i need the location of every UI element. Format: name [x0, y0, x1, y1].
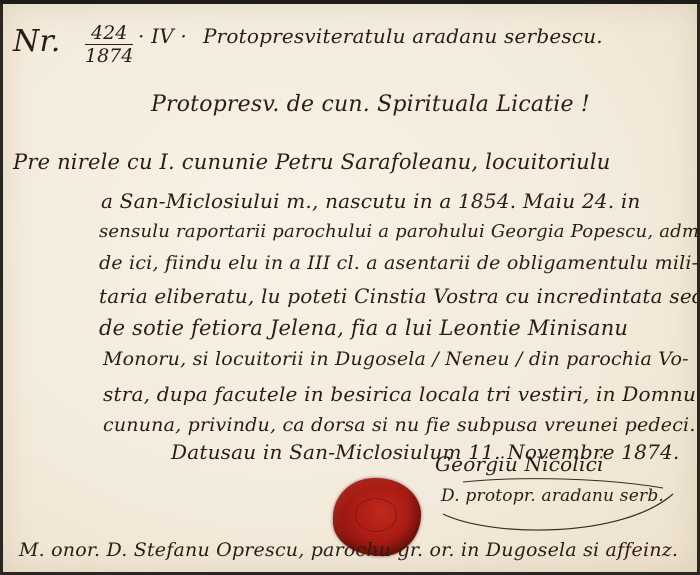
document-page: Nr. 424 1874 · IV · Protopresviteratulu …: [3, 4, 697, 572]
reference-number: 424: [85, 22, 133, 45]
reference-prefix: Nr.: [13, 24, 60, 59]
body-line: stra, dupa facutele in besirica locala t…: [103, 382, 696, 406]
reference-fraction: 424 1874: [85, 22, 133, 67]
signature-name: Georgiu Nicolici: [435, 452, 604, 476]
body-line: Monoru, si locuitorii in Dugosela / Nene…: [103, 348, 689, 370]
body-line: de ici, fiindu elu in a III cl. a asenta…: [99, 252, 697, 274]
seal-emblem-icon: [355, 498, 397, 532]
body-line: taria eliberatu, lu poteti Cinstia Vostr…: [99, 284, 697, 308]
body-line: Pre nirele cu I. cununie Petru Sarafolea…: [13, 150, 611, 174]
signature-flourish-icon: [433, 476, 683, 536]
salutation: Protopresv. de cun. Spirituala Licatie !: [151, 92, 590, 117]
reference-roman: · IV ·: [138, 24, 187, 48]
signature-title: D. protopr. aradanu serb.: [441, 486, 664, 506]
issuer-heading: Protopresviteratulu aradanu serbescu.: [203, 24, 603, 48]
reference-year: 1874: [85, 45, 133, 67]
body-line: cununa, privindu, ca dorsa si nu fie sub…: [103, 414, 696, 436]
recipient-address: M. onor. D. Stefanu Oprescu, parochu gr.…: [19, 539, 678, 561]
body-line: de sotie fetiora Jelena, fia a lui Leont…: [99, 316, 628, 340]
body-line: a San-Miclosiului m., nascutu in a 1854.…: [101, 189, 641, 213]
body-line: sensulu raportarii parochului a parohulu…: [99, 221, 697, 242]
